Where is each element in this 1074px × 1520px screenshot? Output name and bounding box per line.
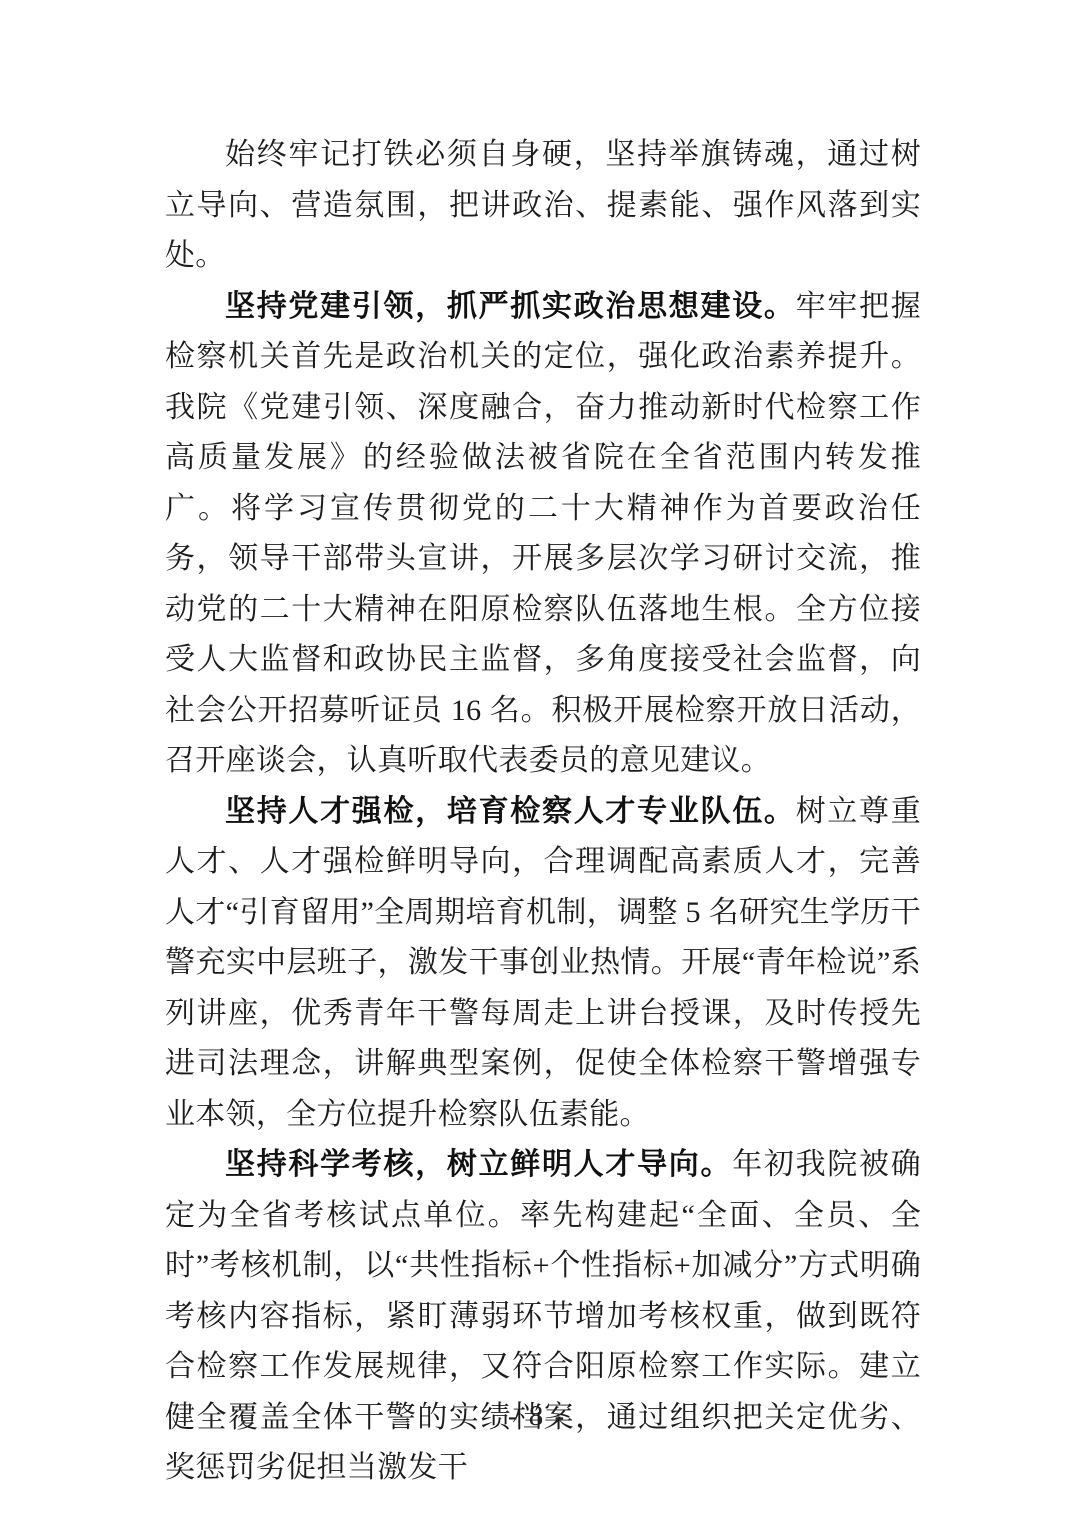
paragraph-lead: 坚持党建引领，抓严抓实政治思想建设。 [225, 290, 796, 323]
paragraph: 坚持科学考核，树立鲜明人才导向。年初我院被确定为全省考核试点单位。率先构建起“全… [165, 1140, 921, 1494]
document-body: 始终牢记打铁必须自身硬，坚持举旗铸魂，通过树立导向、营造氛围，把讲政治、提素能、… [165, 130, 921, 1494]
paragraph-lead: 坚持人才强检，培育检察人才专业队伍。 [225, 795, 796, 828]
paragraph-lead: 坚持科学考核，树立鲜明人才导向。 [225, 1148, 732, 1181]
paragraph-body: 树立尊重人才、人才强检鲜明导向，合理调配高素质人才，完善人才“引育留用”全周期培… [165, 795, 921, 1131]
paragraph: 始终牢记打铁必须自身硬，坚持举旗铸魂，通过树立导向、营造氛围，把讲政治、提素能、… [165, 130, 921, 282]
paragraph-body: 牢牢把握检察机关首先是政治机关的定位，强化政治素养提升。我院《党建引领、深度融合… [165, 290, 921, 778]
page-number: - 8 - [0, 1396, 1074, 1436]
paragraph: 坚持人才强检，培育检察人才专业队伍。树立尊重人才、人才强检鲜明导向，合理调配高素… [165, 787, 921, 1141]
document-page: 始终牢记打铁必须自身硬，坚持举旗铸魂，通过树立导向、营造氛围，把讲政治、提素能、… [0, 0, 1074, 1520]
paragraph: 坚持党建引领，抓严抓实政治思想建设。牢牢把握检察机关首先是政治机关的定位，强化政… [165, 282, 921, 787]
paragraph-body: 始终牢记打铁必须自身硬，坚持举旗铸魂，通过树立导向、营造氛围，把讲政治、提素能、… [165, 138, 921, 272]
